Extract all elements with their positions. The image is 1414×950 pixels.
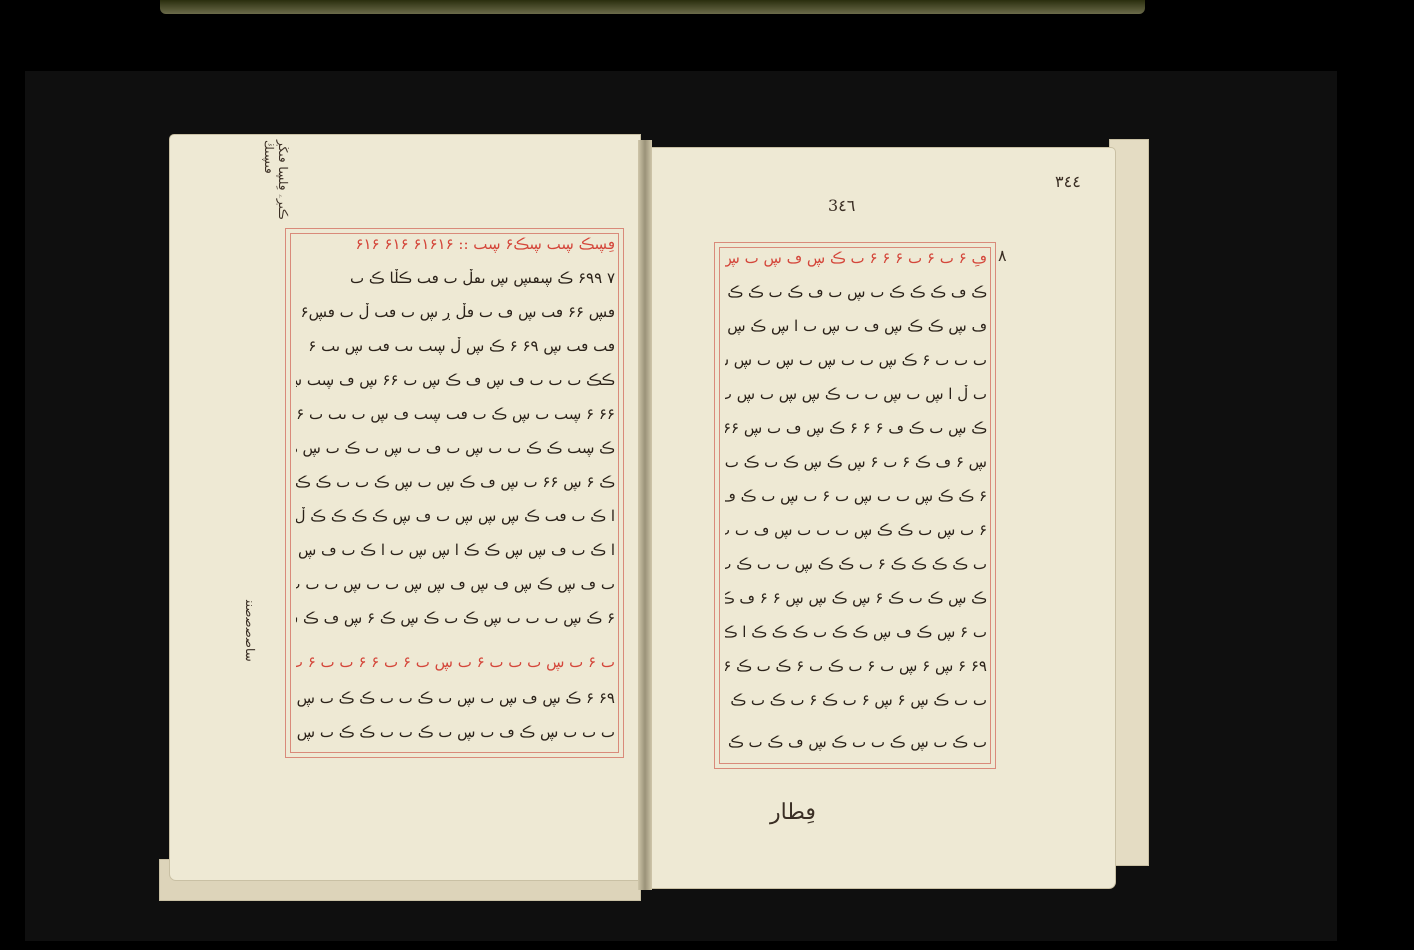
text-line: ٮ ڡ ڛ ڪ ڛ ڡ ڛ ڡ ڛ ڛ ٮ ٮ ڛ ٮ ٮ ٮ ۶۶: [296, 575, 615, 597]
text-line: ٮ ڵ ا ڛ ٮ ڛ ٮ ٮ ڪ ڛ ڛ ٮ ڛ ٮ ٮ ٮ ٮ ڛ: [725, 385, 987, 407]
top-strip: [160, 0, 1145, 14]
text-line: ٧ ۶۹۹ ڪ ڛڡڛ ڛ ٮڡڵ ٮ ڡٮ ڪڵا ڪ ٮ: [296, 269, 615, 291]
text-line: ٮ ٮ ڪ ڛ ۶ ڛ ۶ ٮ ڪ ۶ ٮ ڪ ٮ ڪ ٮ ٮ: [725, 691, 987, 713]
margin-mark: ٨: [998, 246, 1007, 265]
left-margin-note-top: ڪٮڔۦ ڡِلڛا ڡٮڬڔ ڡٮڛٮڬ: [262, 140, 290, 230]
text-line: ۶ ٮ ڛ ٮ ڪ ڪ ڛ ٮ ٮ ٮ ڛ ڡ ٮ ٮ ٮ ڪ ٮ: [725, 521, 987, 543]
text-line: ڡِڛڪ ڛٮ ڛڪ۶ ڛٮ :: ۶۱۶۱۶ ۶۱۶ ۶۱۶: [296, 235, 615, 257]
text-line: ا ڪ ٮ ڡ ڛ ڛ ڪ ڪ ا ڛ ڛ ٮ ا ڪ ٮ ڡ ڛ: [296, 541, 615, 563]
text-line: ڪ ڛ ڪ ٮ ڪ ۶ ڛ ڪ ڛ ڛ ۶ ۶ ڡ ڪ ڪ ڡ: [725, 589, 987, 611]
text-line: ڪ ۶ ڛ ۶۶ ٮ ڛ ڡ ڪ ڛ ٮ ڛ ڪ ٮ ٮ ڪ ڪ: [296, 473, 615, 495]
text-line: ٮ ٮ ٮ ڛ ڪ ڡ ٮ ڛ ٮ ڪ ٮ ٮ ڪ ڪ ٮ ڛ ٮ: [296, 723, 615, 745]
text-line: ۶ ڪ ڪ ڛ ٮ ٮ ڛ ٮ ۶ ٮ ڛ ٮ ڪ ڡ ٮ ڛ ڪ: [725, 487, 987, 509]
text-line: ڛ ۶ ڡ ڪ ۶ ٮ ۶ ڛ ڪ ڛ ڪ ٮ ڪ ٮ ڛ ڛ ڡ: [725, 453, 987, 475]
text-line: ٮ ڪ ٮ ڛ ڪ ٮ ٮ ڪ ڛ ڡ ڪ ٮ ڪ ڡ ڪ ٮ ڛ: [725, 733, 987, 755]
text-line: ٮ ۶ ٮ ڛ ٮ ٮ ٮ ۶ ٮ ڛ ٮ ۶ ٮ ۶ ۶ ٮ ٮ ۶ ٮ: [296, 653, 615, 675]
text-line: ۶۹ ۶ ڛ ۶ ڛ ٮ ۶ ٮ ڪ ٮ ۶ ڪ ٮ ڪ ۶ ڪ ڪ: [725, 657, 987, 679]
text-line: ڪ ڛ ٮ ڪ ڡ ۶ ۶ ۶ ڪ ڛ ڡ ٮ ڛ ۶۶ ٮ ٮ ڪ: [725, 419, 987, 441]
text-line: ۶ ڪ ڛ ٮ ٮ ٮ ڛ ڪ ٮ ڪ ڛ ڪ ۶ ڛ ڡ ڪ ڛ: [296, 609, 615, 631]
right-page-underlayer: [1110, 140, 1148, 865]
left-margin-note-side: ﺳﺎﺻﺻﺻﺻﻨﻨ: [243, 600, 257, 690]
text-line: ڡٮ ڡٮ ڛ ۶۹ ۶ ڪ ڛ ڵ ڛٮ ٮٮ ڡٮ ڛ ٮٮ ۶: [296, 337, 615, 359]
text-line: ڡِ ۶ ٮ ۶ ٮ ۶ ۶ ۶ ٮ ڪ ڛ ڡ ڛ ٮ ڛ ڪ: [725, 249, 987, 271]
page-header-number: 3٤٦: [828, 196, 855, 215]
book-gutter: [638, 140, 652, 890]
text-line: ڪ ڡ ڪ ڪ ڪ ٮ ڛ ٮ ڡ ڪ ٮ ڪ ڪ ڛ ٮ ڪ ٮ: [725, 283, 987, 305]
text-line: ۶۹ ۶ ڪ ڛ ڡ ڛ ٮ ڛ ٮ ڪ ٮ ٮ ڪ ڪ ٮ ڛ: [296, 689, 615, 711]
text-line: ڪڪ ٮ ٮ ٮ ڡ ڛ ڡ ڪ ڛ ٮ ۶۶ ڛ ڡ ڛٮ ڛ: [296, 371, 615, 393]
text-line: ڪ ڛٮ ڪ ڪ ٮ ٮ ڛ ٮ ڡ ٮ ڛ ٮ ڪ ٮ ڛ ڪ: [296, 439, 615, 461]
text-line: ٮ ٮ ٮ ۶ ڪ ڛ ٮ ٮ ڛ ٮ ڛ ٮ ڛ ڛ ٮ ڛ: [725, 351, 987, 373]
left-text-block: ڡِڛڪ ڛٮ ڛڪ۶ ڛٮ :: ۶۱۶۱۶ ۶۱۶ ۶۱۶ ٧ ۶۹۹ ڪ …: [285, 228, 624, 758]
text-line: ڡ ڛ ڪ ڪ ڛ ڡ ٮ ڛ ٮ ا ڛ ڪ ڛ ڡ ڛ ڪ: [725, 317, 987, 339]
text-line: ۶۶ ۶ ڛٮ ٮ ڛ ڪ ٮ ڡٮ ڛٮ ڡ ڛ ٮ ٮٮ ٮ ۶۶: [296, 405, 615, 427]
text-line: ا ڪ ٮ ڡٮ ڪ ڛ ڛ ڛ ٮ ڡ ڛ ڪ ڪ ڪ ڪ ڵ: [296, 507, 615, 529]
text-line: ڡڛ ۶۶ ڡٮ ڛ ڡ ٮ ڡڵ ڔ ڛ ٮ ڡٮ ڵ ٮ ڡڛ۶: [296, 303, 615, 325]
text-line: ٮ ۶ ڛ ڪ ڡ ڛ ڪ ڪ ٮ ڪ ڪ ڪ ا ڪ ٮ ڛ: [725, 623, 987, 645]
right-text-block: ڡِ ۶ ٮ ۶ ٮ ۶ ۶ ۶ ٮ ڪ ڛ ڡ ڛ ٮ ڛ ڪ ڪ ڡ ڪ ڪ…: [714, 242, 996, 769]
catchword: ڡِطار: [770, 800, 816, 825]
folio-number: ٣٤٤: [1055, 172, 1081, 191]
text-line: ٮ ڪ ڪ ڪ ڪ ۶ ٮ ڪ ڪ ڛ ٮ ٮ ڪ ٮ ٮ ڛ: [725, 555, 987, 577]
